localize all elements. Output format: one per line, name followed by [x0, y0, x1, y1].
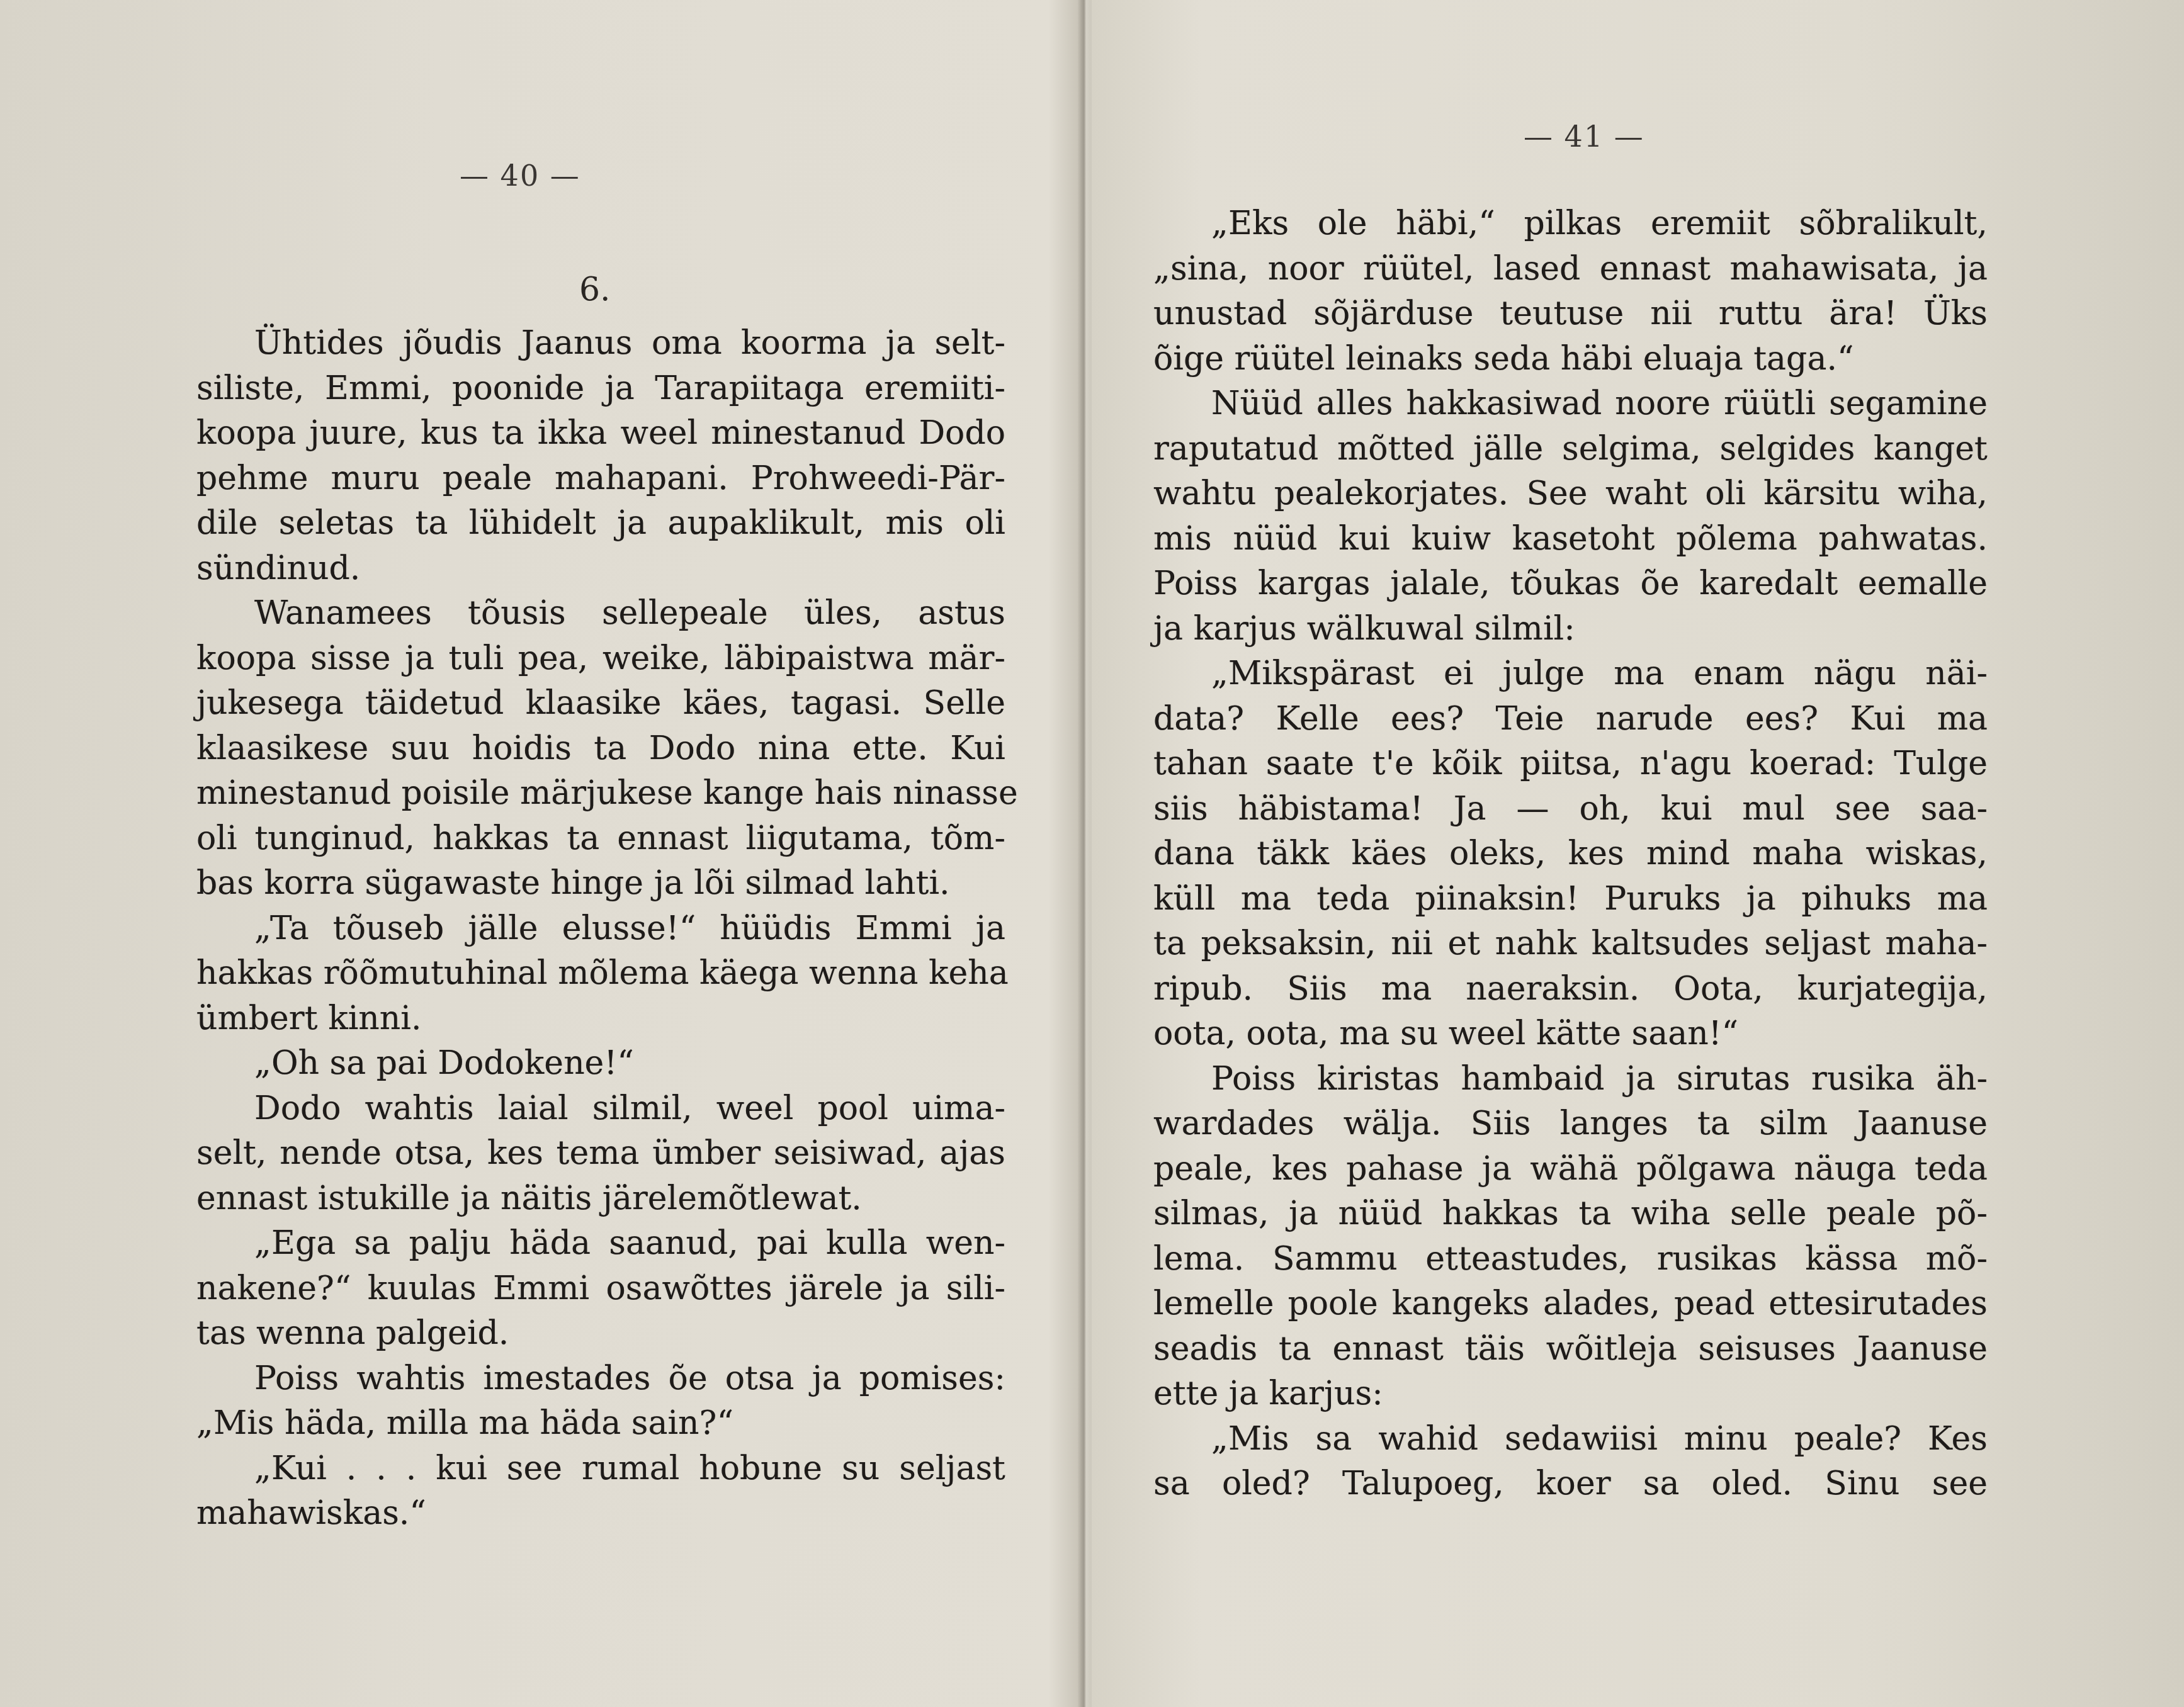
text-line: unustad sõjärduse teutuse nii ruttu ära!… — [1153, 291, 1988, 337]
text-line: koopa juure, kus ta ikka weel minestanud… — [196, 411, 1005, 456]
text-line: ripub. Siis ma naeraksin. Oota, kurjateg… — [1153, 967, 1988, 1012]
text-line: klaasikese suu hoidis ta Dodo nina ette.… — [196, 726, 1005, 772]
text-line: ette ja karjus: — [1153, 1372, 1988, 1417]
text-line: Poiss kiristas hambaid ja sirutas rusika… — [1153, 1057, 1988, 1102]
book-gutter — [1078, 0, 1092, 1707]
text-line: Poiss wahtis imestades õe otsa ja pomise… — [196, 1356, 1005, 1402]
text-line: Wanamees tõusis sellepeale üles, astus — [196, 591, 1005, 636]
text-line: dile seletas ta lühidelt ja aupaklikult,… — [196, 501, 1005, 546]
text-line: „Mis sa wahid sedawiisi minu peale? Kes — [1153, 1417, 1988, 1462]
text-line: Nüüd alles hakkasiwad noore rüütli segam… — [1153, 381, 1988, 427]
text-line: oota, oota, ma su weel kätte saan!“ — [1153, 1011, 1988, 1057]
text-line: ümbert kinni. — [196, 996, 1005, 1042]
text-line: sündinud. — [196, 546, 1005, 592]
text-line: nakene?“ kuulas Emmi osawõttes järele ja… — [196, 1266, 1005, 1312]
text-line: raputatud mõtted jälle selgima, selgides… — [1153, 427, 1988, 472]
text-line: koopa sisse ja tuli pea, weike, läbipais… — [196, 636, 1005, 682]
text-line: lema. Sammu etteastudes, rusikas kässa m… — [1153, 1237, 1988, 1282]
text-line: silmas, ja nüüd hakkas ta wiha selle pea… — [1153, 1192, 1988, 1237]
text-line: „Eks ole häbi,“ pilkas eremiit sõbraliku… — [1153, 201, 1988, 247]
text-line: „Kui . . . kui see rumal hobune su selja… — [196, 1446, 1005, 1492]
text-line: wahtu pealekorjates. See waht oli kärsit… — [1153, 471, 1988, 517]
text-line: mis nüüd kui kuiw kasetoht põlema pahwat… — [1153, 517, 1988, 562]
book-spread: — 40 — 6. Ühtides jõudis Jaanus oma koor… — [0, 0, 2184, 1707]
text-line: ja karjus wälkuwal silmil: — [1153, 607, 1988, 652]
text-line: tas wenna palgeid. — [196, 1311, 1005, 1356]
text-line: ennast istukille ja näitis järelemõtlewa… — [196, 1176, 1005, 1222]
text-line: dana täkk käes oleks, kes mind maha wisk… — [1153, 831, 1988, 877]
text-line: Ühtides jõudis Jaanus oma koorma ja selt… — [196, 321, 1005, 366]
text-line: küll ma teda piinaksin! Puruks ja pihuks… — [1153, 877, 1988, 922]
text-line: sa oled? Talupoeg, koer sa oled. Sinu se… — [1153, 1462, 1988, 1507]
text-line: „Mis häda, milla ma häda sain?“ — [196, 1401, 1005, 1446]
text-line: minestanud poisile märjukese kange hais … — [196, 771, 1005, 816]
text-line: õige rüütel leinaks seda häbi eluaja tag… — [1153, 337, 1988, 382]
page-number: — 41 — — [1524, 120, 1644, 154]
text-line: „Oh sa pai Dodokene!“ — [196, 1041, 1005, 1086]
chapter-number: 6. — [579, 271, 611, 308]
text-line: „Ta tõuseb jälle elusse!“ hüüdis Emmi ja — [196, 906, 1005, 952]
text-line: oli tunginud, hakkas ta ennast liigutama… — [196, 816, 1005, 862]
left-page: — 40 — 6. Ühtides jõudis Jaanus oma koor… — [0, 0, 1078, 1707]
text-line: selt, nende otsa, kes tema ümber seisiwa… — [196, 1131, 1005, 1176]
text-line: „Ega sa palju häda saanud, pai kulla wen… — [196, 1221, 1005, 1266]
text-line: Dodo wahtis laial silmil, weel pool uima… — [196, 1086, 1005, 1132]
text-line: wardades wälja. Siis langes ta silm Jaan… — [1153, 1101, 1988, 1147]
text-line: „Mikspärast ei julge ma enam nägu näi- — [1153, 651, 1988, 697]
text-line: siis häbistama! Ja — oh, kui mul see saa… — [1153, 787, 1988, 832]
text-line: tahan saate t'e kõik piitsa, n'agu koera… — [1153, 741, 1988, 787]
right-page: — 41 — „Eks ole häbi,“ pilkas eremiit sõ… — [1092, 0, 2184, 1707]
text-line: mahawiskas.“ — [196, 1491, 1005, 1536]
text-line: hakkas rõõmutuhinal mõlema käega wenna k… — [196, 951, 1005, 996]
text-line: lemelle poole kangeks alades, pead ettes… — [1153, 1282, 1988, 1327]
page-number: — 40 — — [460, 159, 580, 193]
page-text: „Eks ole häbi,“ pilkas eremiit sõbraliku… — [1153, 201, 1988, 1507]
text-line: pehme muru peale mahapani. Prohweedi-Pär… — [196, 456, 1005, 502]
text-line: bas korra sügawaste hinge ja lõi silmad … — [196, 861, 1005, 906]
text-line: Poiss kargas jalale, tõukas õe karedalt … — [1153, 561, 1988, 607]
text-line: data? Kelle ees? Teie narude ees? Kui ma — [1153, 697, 1988, 742]
text-line: „sina, noor rüütel, lased ennast mahawis… — [1153, 247, 1988, 292]
text-line: siliste, Emmi, poonide ja Tarapiitaga er… — [196, 366, 1005, 412]
text-line: seadis ta ennast täis wõitleja seisuses … — [1153, 1327, 1988, 1372]
page-text: Ühtides jõudis Jaanus oma koorma ja selt… — [196, 321, 1005, 1536]
text-line: peale, kes pahase ja wähä põlgawa näuga … — [1153, 1147, 1988, 1192]
text-line: jukesega täidetud klaasike käes, tagasi.… — [196, 681, 1005, 726]
text-line: ta peksaksin, nii et nahk kaltsudes selj… — [1153, 921, 1988, 967]
